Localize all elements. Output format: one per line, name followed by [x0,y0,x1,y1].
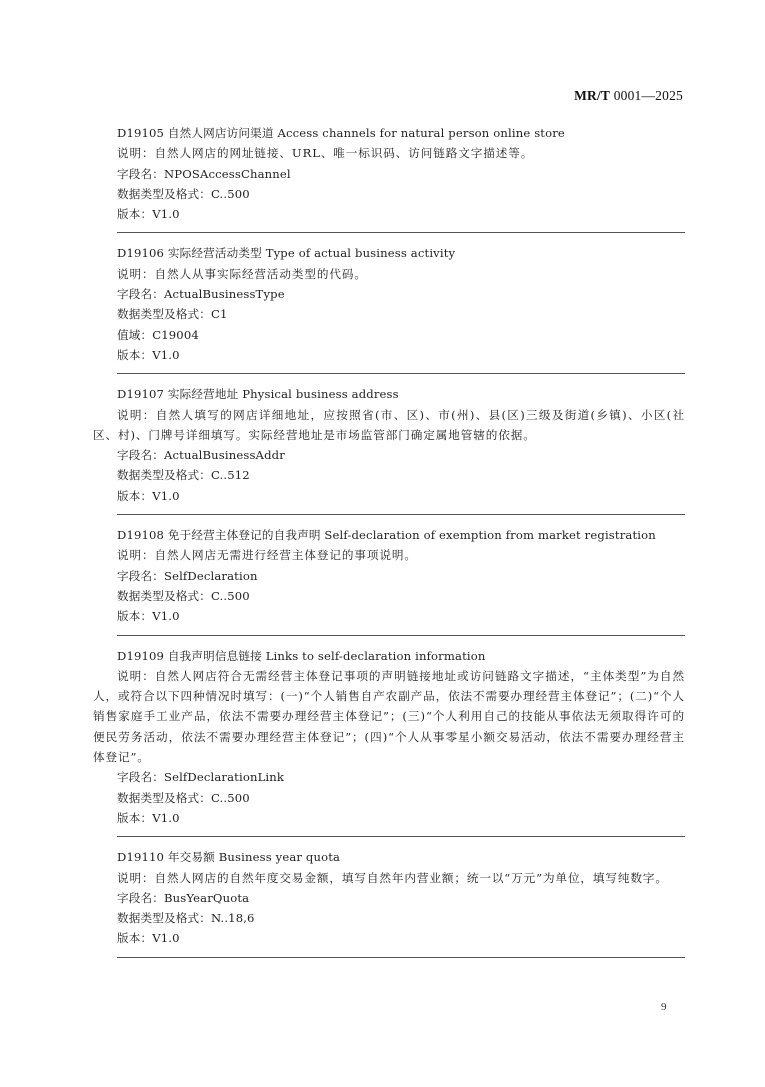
data-element-entry: D19109 自我声明信息链接 Links to self-declaratio… [93,646,685,838]
entry-description: 说明：自然人填写的网店详细地址，应按照省(市、区)、市(州)、县(区)三级及街道… [93,405,685,446]
entry-description: 说明：自然人网店的自然年度交易金额，填写自然年内营业额；统一以“万元”为单位，填… [93,868,685,888]
entry-data-type: 数据类型及格式：C..500 [93,184,685,204]
entry-version: 版本：V1.0 [93,928,685,948]
data-element-entry: D19107 实际经营地址 Physical business address … [93,384,685,515]
entry-field-name: 字段名：SelfDeclaration [93,566,685,586]
data-element-entry: D19108 免于经营主体登记的自我声明 Self-declaration of… [93,525,685,635]
data-element-entry: D19110 年交易额 Business year quota 说明：自然人网店… [93,847,685,957]
entry-title: D19110 年交易额 Business year quota [93,847,685,867]
entry-description: 说明：自然人网店无需进行经营主体登记的事项说明。 [93,545,685,565]
entry-divider [117,635,685,636]
entry-title: D19109 自我声明信息链接 Links to self-declaratio… [93,646,685,666]
entry-value-domain: 值域：C19004 [93,325,685,345]
entry-title: D19108 免于经营主体登记的自我声明 Self-declaration of… [93,525,685,545]
data-element-entry: D19106 实际经营活动类型 Type of actual business … [93,243,685,374]
entry-description: 说明：自然人网店的网址链接、URL、唯一标识码、访问链路文字描述等。 [93,143,685,163]
entry-field-name: 字段名：NPOSAccessChannel [93,164,685,184]
entry-data-type: 数据类型及格式：C..500 [93,788,685,808]
entry-version: 版本：V1.0 [93,606,685,626]
entry-title: D19106 实际经营活动类型 Type of actual business … [93,243,685,263]
entry-field-name: 字段名：ActualBusinessAddr [93,445,685,465]
standard-prefix: MR/T [574,88,610,103]
entry-title: D19105 自然人网店访问渠道 Access channels for nat… [93,123,685,143]
entry-description: 说明：自然人网店符合无需经营主体登记事项的声明链接地址或访问链路文字描述，“主体… [93,666,685,767]
entry-version: 版本：V1.0 [93,808,685,828]
entry-divider [117,836,685,837]
entry-divider [117,232,685,233]
entry-version: 版本：V1.0 [93,486,685,506]
entry-divider [117,373,685,374]
entry-description: 说明：自然人从事实际经营活动类型的代码。 [93,264,685,284]
entry-data-type: 数据类型及格式：C..512 [93,465,685,485]
standard-number: 0001—2025 [614,88,683,103]
entry-divider [117,957,685,958]
entry-version: 版本：V1.0 [93,345,685,365]
entry-field-name: 字段名：BusYearQuota [93,888,685,908]
entry-data-type: 数据类型及格式：C1 [93,304,685,324]
entry-data-type: 数据类型及格式：N..18,6 [93,908,685,928]
entry-data-type: 数据类型及格式：C..500 [93,586,685,606]
entry-field-name: 字段名：ActualBusinessType [93,284,685,304]
standard-code-header: MR/T 0001—2025 [574,88,683,104]
data-element-entry: D19105 自然人网店访问渠道 Access channels for nat… [93,123,685,233]
entry-divider [117,514,685,515]
entry-field-name: 字段名：SelfDeclarationLink [93,767,685,787]
entry-title: D19107 实际经营地址 Physical business address [93,384,685,404]
entry-version: 版本：V1.0 [93,204,685,224]
data-element-list: D19105 自然人网店访问渠道 Access channels for nat… [93,123,685,968]
page-number: 9 [661,1001,667,1013]
